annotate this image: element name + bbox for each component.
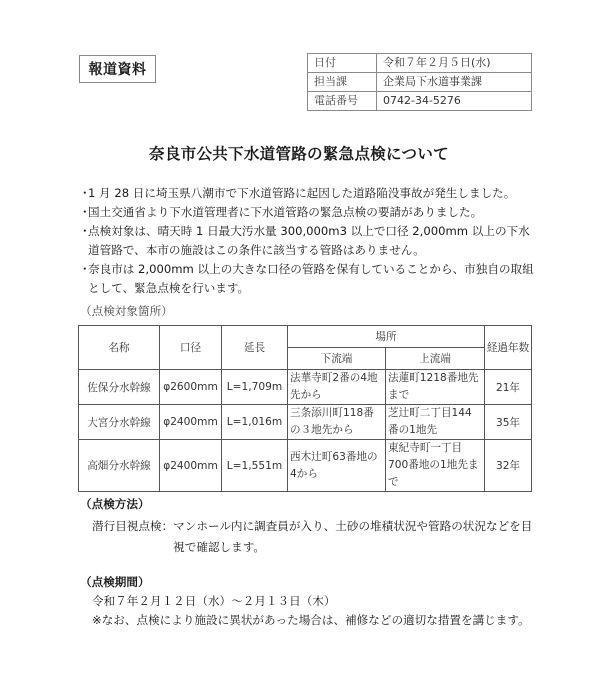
- cell-downstream: 法華寺町2番の4地先から: [288, 370, 386, 405]
- info-table: 日付 令和７年２月５日(水) 担当課 企業局下水道事業課 電話番号 0742-3…: [307, 53, 532, 111]
- column-header-years: 経過年数: [485, 326, 532, 370]
- press-release-label: 報道資料: [79, 55, 156, 83]
- bullet-item: ・ 奈良市は 2,000mm 以上の大きな口径の管路を保有していることから、市独…: [79, 260, 539, 298]
- table-row: 佐保分水幹線 φ2600mm L=1,709m 法華寺町2番の4地先から 法蓮町…: [79, 370, 532, 405]
- cell-name: 佐保分水幹線: [79, 370, 160, 405]
- period-heading: （点検期間）: [80, 574, 150, 590]
- cell-upstream: 芝辻町二丁目144番の1地先: [386, 405, 485, 440]
- bullet-list: ・ 1 月 28 日に埼玉県八潮市で下水道管路に起因した道路陥没事故が発生しまし…: [79, 184, 539, 298]
- cell-years: 32年: [485, 440, 532, 492]
- cell-diameter: φ2400mm: [160, 405, 222, 440]
- column-header-downstream: 下流端: [288, 348, 386, 370]
- column-header-location: 場所: [288, 326, 485, 348]
- info-value: 企業局下水道事業課: [377, 73, 532, 92]
- column-header-upstream: 上流端: [386, 348, 485, 370]
- cell-length: L=1,709m: [222, 370, 288, 405]
- bullet-item: ・ 国土交通省より下水道管理者に下水道管路の緊急点検の要請がありました。: [79, 203, 539, 222]
- cell-diameter: φ2600mm: [160, 370, 222, 405]
- info-key: 電話番号: [308, 92, 377, 111]
- period-dates: 令和７年２月１２日（水）～２月１３日（木）: [92, 592, 335, 611]
- bullet-item: ・ 1 月 28 日に埼玉県八潮市で下水道管路に起因した道路陥没事故が発生しまし…: [79, 184, 539, 203]
- bullet-text: 国土交通省より下水道管理者に下水道管路の緊急点検の要請がありました。: [88, 205, 482, 219]
- target-locations-label: （点検対象箇所）: [80, 303, 173, 319]
- bullet-text: 点検対象は、晴天時 1 日最大汚水量 300,000m3 以上で口径 2,000…: [88, 224, 530, 257]
- cell-upstream: 東紀寺町一丁目700番地の1地先まで: [386, 440, 485, 492]
- bullet-marker: ・: [79, 222, 91, 241]
- info-key: 担当課: [308, 73, 377, 92]
- cell-years: 21年: [485, 370, 532, 405]
- bullet-text: 1 月 28 日に埼玉県八潮市で下水道管路に起因した道路陥没事故が発生しました。: [88, 186, 515, 200]
- inspection-method: 潜行目視点検： マンホール内に調査員が入り、土砂の堆積状況や管路の状況などを目視…: [92, 516, 542, 558]
- cell-length: L=1,016m: [222, 405, 288, 440]
- cell-length: L=1,551m: [222, 440, 288, 492]
- cell-name: 大宮分水幹線: [79, 405, 160, 440]
- method-term: 潜行目視点検：: [92, 516, 173, 558]
- bullet-marker: ・: [79, 184, 91, 203]
- info-value: 0742-34-5276: [377, 92, 532, 111]
- cell-diameter: φ2400mm: [160, 440, 222, 492]
- info-value: 令和７年２月５日(水): [377, 54, 532, 73]
- cell-downstream: 西木辻町63番地の4から: [288, 440, 386, 492]
- method-heading: （点検方法）: [80, 496, 150, 512]
- bullet-item: ・ 点検対象は、晴天時 1 日最大汚水量 300,000m3 以上で口径 2,0…: [79, 222, 539, 260]
- info-row-date: 日付 令和７年２月５日(水): [308, 54, 532, 73]
- bullet-marker: ・: [79, 260, 91, 279]
- info-row-department: 担当課 企業局下水道事業課: [308, 73, 532, 92]
- column-header-length: 延長: [222, 326, 288, 370]
- method-description: マンホール内に調査員が入り、土砂の堆積状況や管路の状況などを目視で確認します。: [173, 516, 542, 558]
- cell-upstream: 法蓮町1218番地先まで: [386, 370, 485, 405]
- column-header-diameter: 口径: [160, 326, 222, 370]
- table-header-row: 名称 口径 延長 場所 経過年数: [79, 326, 532, 348]
- table-row: 大宮分水幹線 φ2400mm L=1,016m 三条添川町118番の３地先から …: [79, 405, 532, 440]
- info-key: 日付: [308, 54, 377, 73]
- period-note: ※なお、点検により施設に異状があった場合は、補修などの適切な措置を講じます。: [92, 611, 530, 630]
- info-row-phone: 電話番号 0742-34-5276: [308, 92, 532, 111]
- table-row: 高畑分水幹線 φ2400mm L=1,551m 西木辻町63番地の4から 東紀寺…: [79, 440, 532, 492]
- cell-downstream: 三条添川町118番の３地先から: [288, 405, 386, 440]
- bullet-text: 奈良市は 2,000mm 以上の大きな口径の管路を保有していることから、市独自の…: [88, 262, 534, 295]
- cell-name: 高畑分水幹線: [79, 440, 160, 492]
- document-title: 奈良市公共下水道管路の緊急点検について: [0, 142, 598, 164]
- bullet-marker: ・: [79, 203, 91, 222]
- cell-years: 35年: [485, 405, 532, 440]
- column-header-name: 名称: [79, 326, 160, 370]
- inspection-target-table: 名称 口径 延長 場所 経過年数 下流端 上流端 佐保分水幹線 φ2600mm …: [78, 325, 532, 492]
